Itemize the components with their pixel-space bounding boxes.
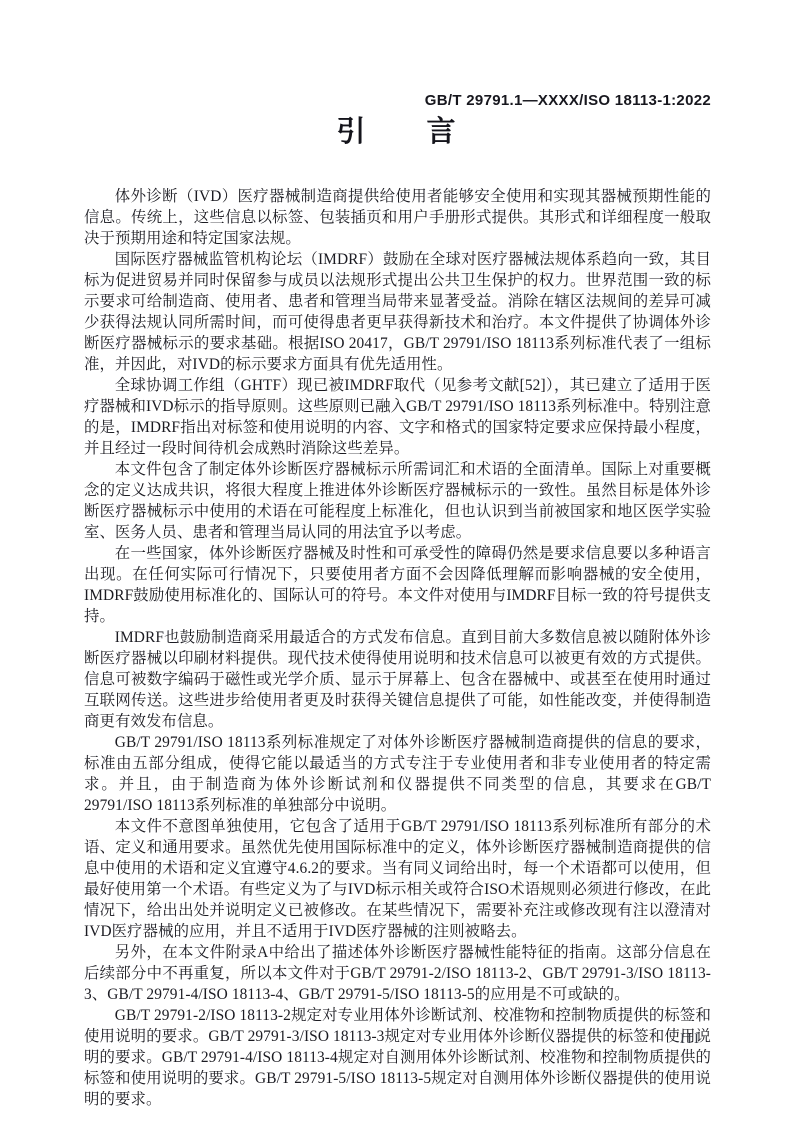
- paragraph-imdrf-forum: 国际医疗器械监管机构论坛（IMDRF）鼓励在全球对医疗器械法规体系趋向一致，其目…: [84, 249, 711, 375]
- page-title: 引 言: [0, 109, 793, 150]
- paragraph-information-media: IMDRF也鼓励制造商采用最适合的方式发布信息。直到目前大多数信息被以随附体外诊…: [84, 627, 711, 732]
- paragraph-annex-a: 另外，在本文件附录A中给出了描述体外诊断医疗器械性能特征的指南。这部分信息在后续…: [84, 942, 711, 1005]
- document-body: 体外诊断（IVD）医疗器械制造商提供给使用者能够安全使用和实现其器械预期性能的信…: [84, 186, 711, 1110]
- paragraph-intro-ivd: 体外诊断（IVD）医疗器械制造商提供给使用者能够安全使用和实现其器械预期性能的信…: [84, 186, 711, 249]
- page-number: III: [680, 1031, 701, 1048]
- document-page: GB/T 29791.1—XXXX/ISO 18113-1:2022 引 言 体…: [0, 0, 793, 1122]
- paragraph-languages-symbols: 在一些国家，体外诊断医疗器械及时性和可承受性的障碍仍然是要求信息要以多种语言出现…: [84, 543, 711, 627]
- paragraph-ghtf: 全球协调工作组（GHTF）现已被IMDRF取代（见参考文献[52]），其已建立了…: [84, 375, 711, 459]
- standard-code-header: GB/T 29791.1—XXXX/ISO 18113-1:2022: [425, 92, 711, 109]
- paragraph-vocabulary: 本文件包含了制定体外诊断医疗器械标示所需词汇和术语的全面清单。国际上对重要概念的…: [84, 459, 711, 543]
- paragraph-series-parts: GB/T 29791-2/ISO 18113-2规定对专业用体外诊断试剂、校准物…: [84, 1005, 711, 1110]
- paragraph-terms-definitions: 本文件不意图单独使用，它包含了适用于GB/T 29791/ISO 18113系列…: [84, 816, 711, 942]
- paragraph-series-structure: GB/T 29791/ISO 18113系列标准规定了对体外诊断医疗器械制造商提…: [84, 732, 711, 816]
